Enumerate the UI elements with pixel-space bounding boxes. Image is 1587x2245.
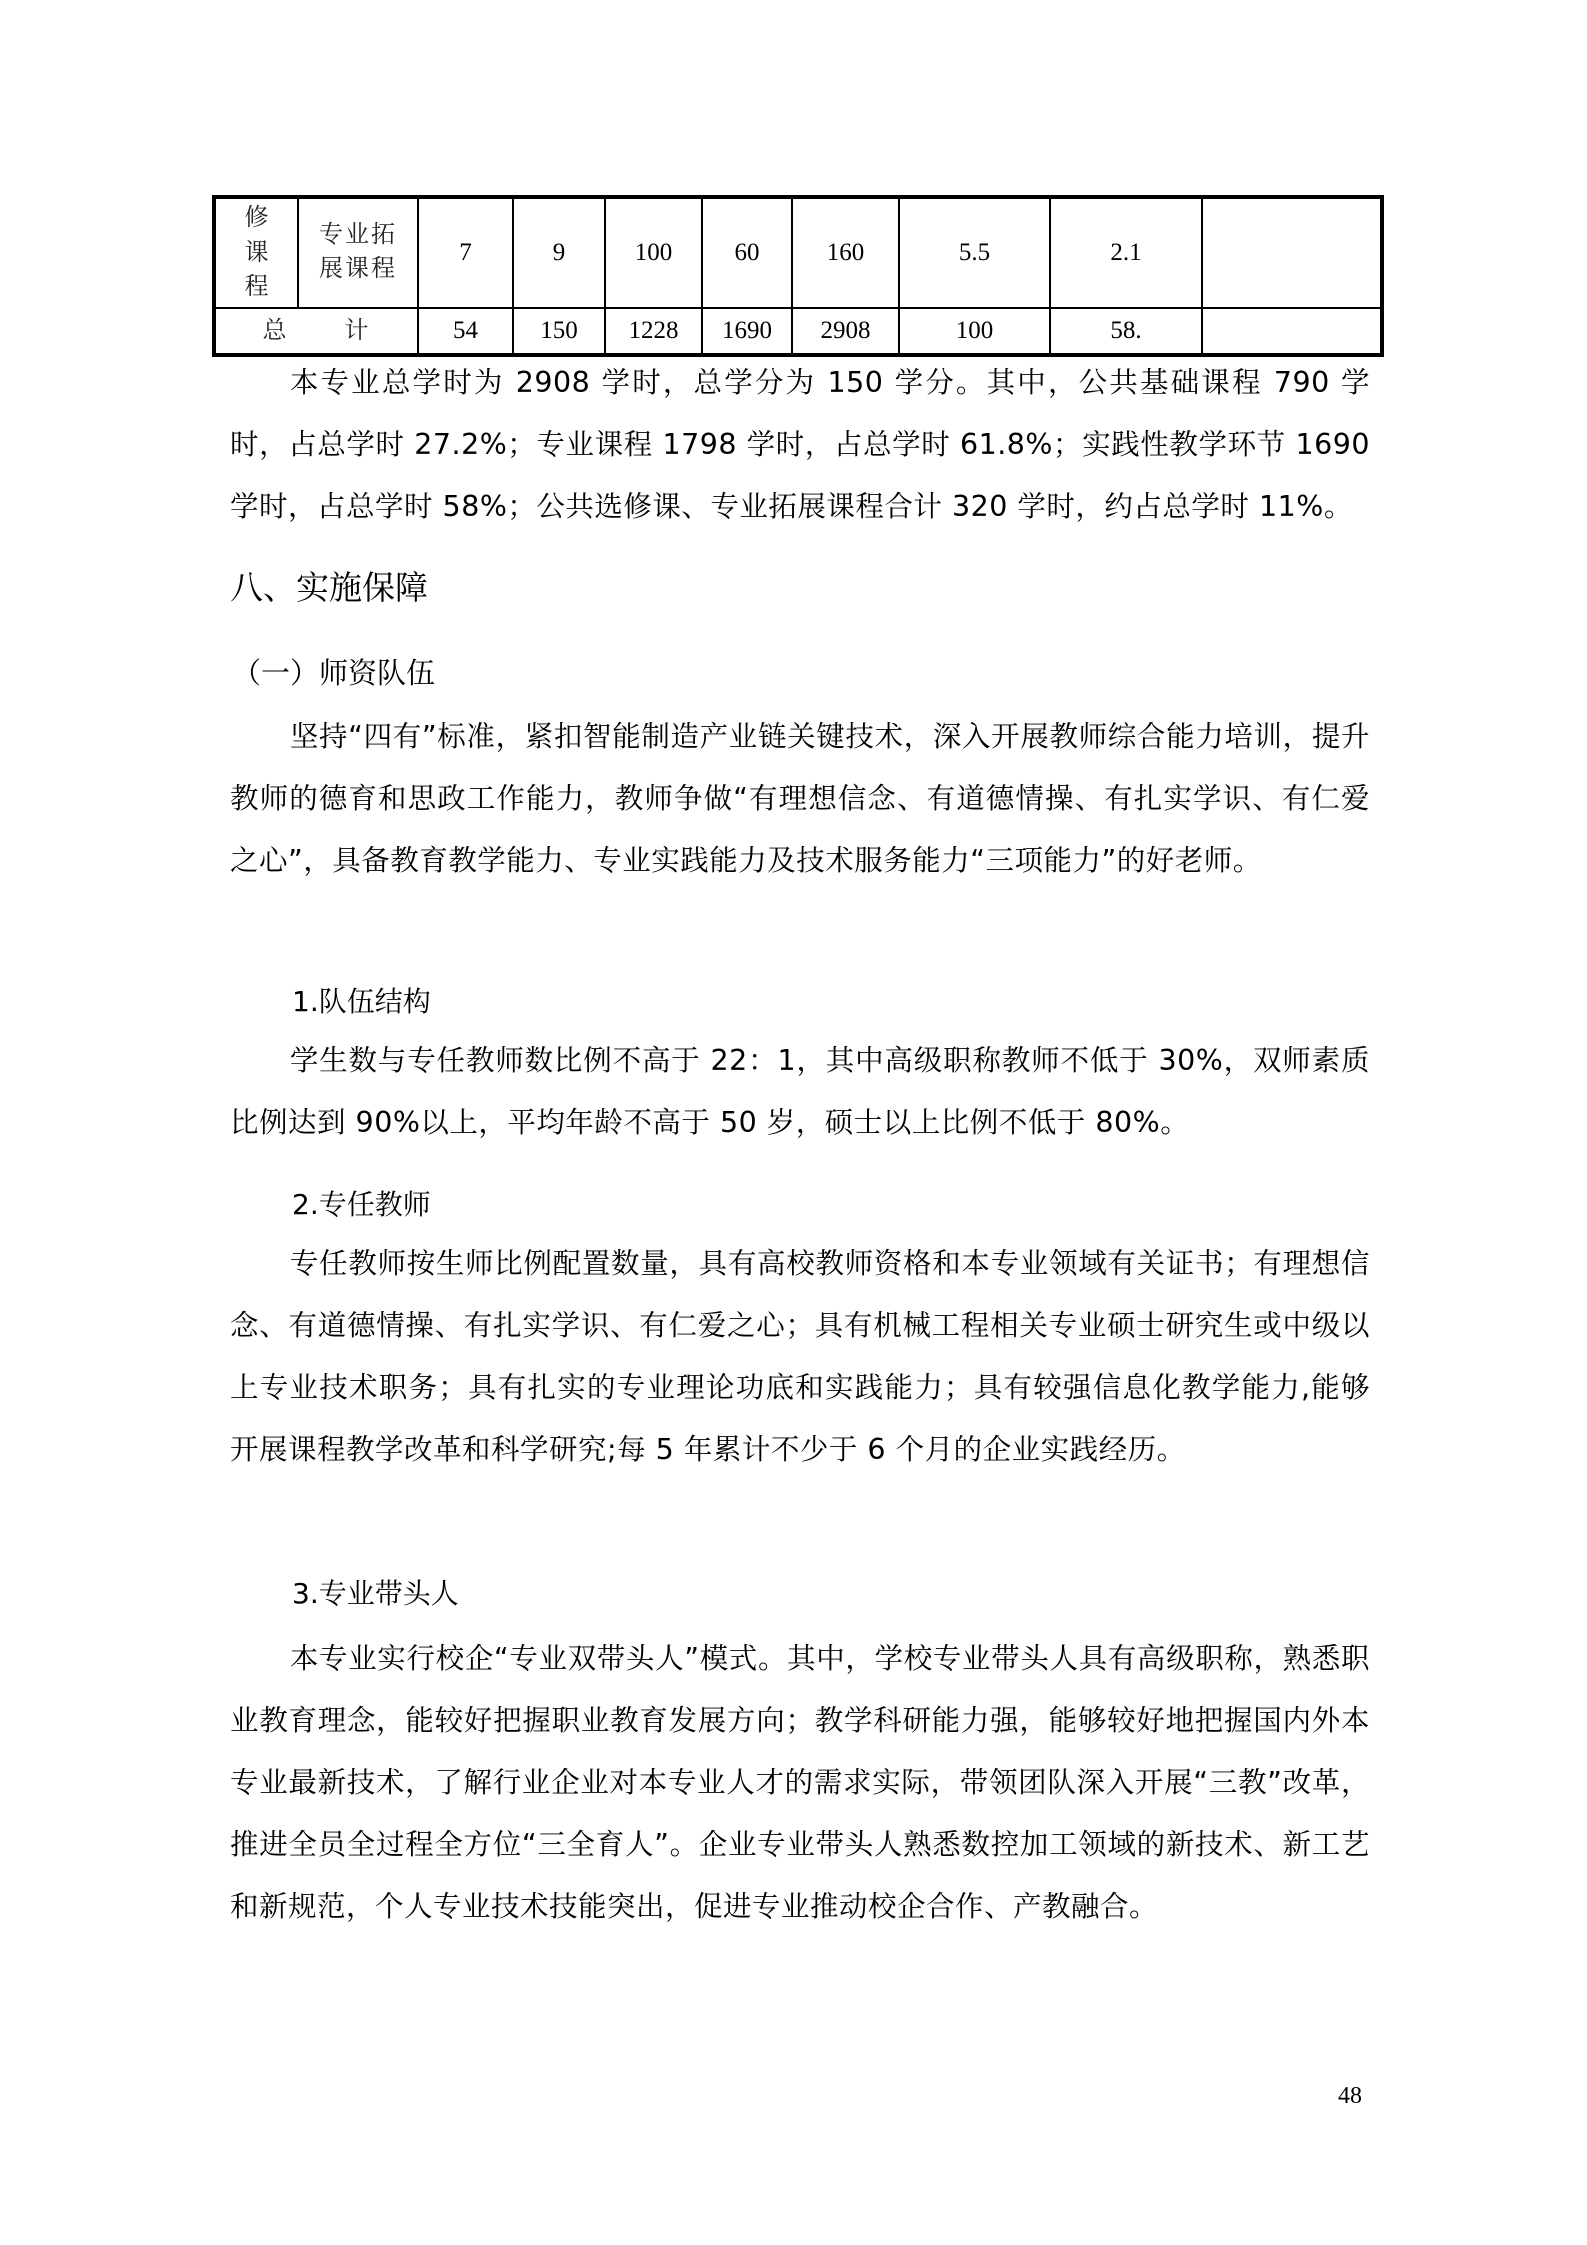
table-cell [1202,197,1382,308]
table-cell: 160 [792,197,899,308]
table-cell: 2.1 [1050,197,1202,308]
section-heading: 八、实施保障 [230,562,428,609]
table-cell: 1228 [605,308,702,355]
table-cell: 2908 [792,308,899,355]
item-heading-team-structure: 1.队伍结构 [292,980,431,1020]
subsection-heading: （一）师资队伍 [232,651,435,692]
table-cell-category: 修课程 [214,197,298,308]
item-heading-program-leader: 3.专业带头人 [292,1572,459,1612]
table-cell: 100 [899,308,1050,355]
table-cell: 5.5 [899,197,1050,308]
intro-paragraph: 坚持“四有”标准，紧扣智能制造产业链关键技术，深入开展教师综合能力培训，提升教师… [230,706,1370,892]
credit-hours-table: 修课程 专业拓展课程 7 9 100 60 160 5.5 2.1 总计 54 … [212,195,1384,357]
table-cell-subcategory: 专业拓展课程 [298,197,418,308]
item-text-program-leader: 本专业实行校企“专业双带头人”模式。其中，学校专业带头人具有高级职称，熟悉职业教… [230,1628,1370,1938]
table-cell: 54 [418,308,513,355]
document-page: 修课程 专业拓展课程 7 9 100 60 160 5.5 2.1 总计 54 … [0,0,1587,2245]
table-row-total: 总计 54 150 1228 1690 2908 100 58. [214,308,1382,355]
summary-paragraph: 本专业总学时为 2908 学时，总学分为 150 学分。其中，公共基础课程 79… [230,352,1370,538]
table-cell: 9 [513,197,605,308]
table-cell [1202,308,1382,355]
table-cell: 60 [702,197,792,308]
table-cell: 150 [513,308,605,355]
table-cell: 7 [418,197,513,308]
table-row-extension-courses: 修课程 专业拓展课程 7 9 100 60 160 5.5 2.1 [214,197,1382,308]
item-heading-fulltime-teachers: 2.专任教师 [292,1183,431,1223]
item-text-fulltime-teachers: 专任教师按生师比例配置数量，具有高校教师资格和本专业领域有关证书；有理想信念、有… [230,1233,1370,1481]
table-cell: 100 [605,197,702,308]
table-cell: 58. [1050,308,1202,355]
item-text-team-structure: 学生数与专任教师数比例不高于 22：1，其中高级职称教师不低于 30%，双师素质… [230,1030,1370,1154]
table-cell: 1690 [702,308,792,355]
page-number: 48 [1338,2083,1362,2110]
table-cell-total-label: 总计 [214,308,418,355]
